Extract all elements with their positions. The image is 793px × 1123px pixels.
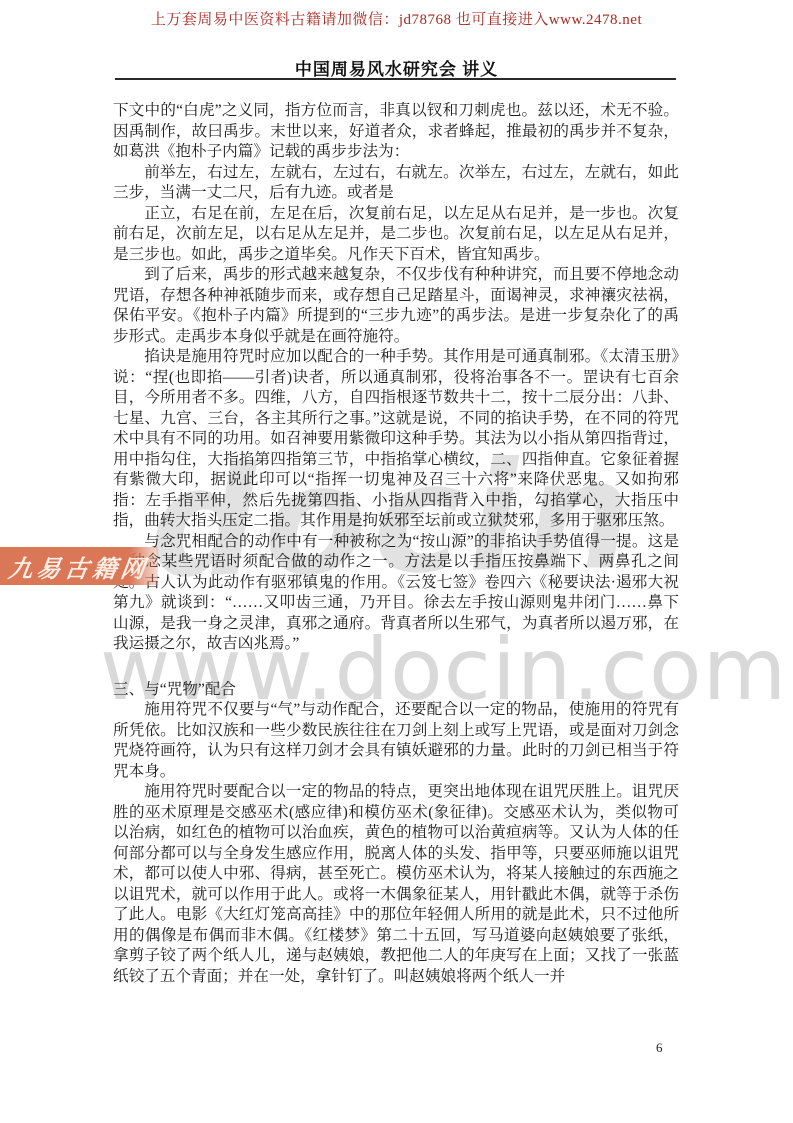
page-number: 6: [656, 1040, 663, 1056]
paragraph: 与念咒相配合的动作中有一种被称之为“按山源”的非掐诀手势值得一提。这是一种念某些…: [113, 532, 679, 655]
header-ad-text: 上万套周易中医资料古籍请加微信：jd78768 也可直接进入www.2478.n…: [0, 8, 793, 29]
paragraph: 正立，右足在前，左足在后，次复前右足，以左足从右足并，是一步也。次复前右足，次前…: [113, 204, 679, 266]
paragraph: 施用符咒时要配合以一定的物品的特点，更突出地体现在诅咒厌胜上。诅咒厌胜的巫术原理…: [113, 782, 679, 987]
section-heading: 三、与“咒物”配合: [113, 680, 679, 701]
body-text: 下文中的“白虎”之义同，指方位而言，非真以钗和刀刺虎也。兹以还，术无不验。因禹制…: [113, 101, 679, 987]
title-divider: [115, 78, 676, 80]
paragraph: 前举左，右过左，左就右，左过右，右就左。次举左，右过左，左就右，如此三步，当满一…: [113, 163, 679, 204]
jiuyi-guji-stamp: 九易古籍网: [0, 547, 158, 585]
jiuyi-guji-stamp-label: 九易古籍网: [7, 549, 152, 584]
paragraph: 下文中的“白虎”之义同，指方位而言，非真以钗和刀刺虎也。兹以还，术无不验。因禹制…: [113, 101, 679, 163]
document-page: docin www.docin.com 上万套周易中医资料古籍请加微信：jd78…: [0, 0, 793, 1123]
paragraph: 施用符咒不仅要与“气”与动作配合，还要配合以一定的物品，使施用的符咒有所凭依。比…: [113, 700, 679, 782]
page-title: 中国周易风水研究会 讲义: [0, 55, 793, 80]
paragraph: 掐诀是施用符咒时应加以配合的一种手势。其作用是可通真制邪。《太清玉册》说：“捏(…: [113, 347, 679, 532]
paragraph: 到了后来，禹步的形式越来越复杂，不仅步伐有种种讲究，而且要不停地念动咒语，存想各…: [113, 265, 679, 347]
